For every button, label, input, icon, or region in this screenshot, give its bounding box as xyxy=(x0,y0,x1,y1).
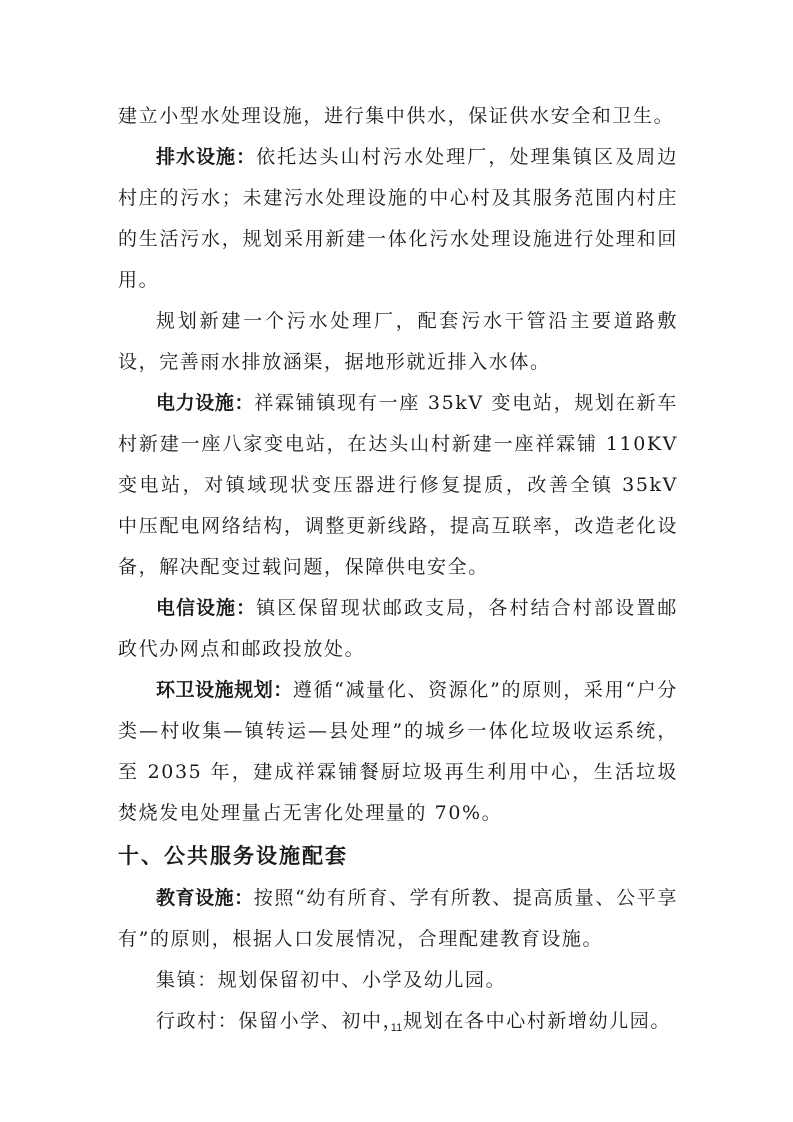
paragraph-text: 规划新建一个污水处理厂，配套污水干管沿主要道路敷设，完善雨水排放涵渠，据地形就近… xyxy=(118,310,678,373)
paragraph-education: 教育设施：按照“幼有所育、学有所教、提高质量、公平享有”的原则，根据人口发展情况… xyxy=(118,878,678,960)
paragraph-lead: 环卫设施规划： xyxy=(156,679,293,701)
page-number: 11 xyxy=(0,1022,793,1034)
paragraph-drainage: 排水设施：依托达头山村污水处理厂，处理集镇区及周边村庄的污水；未建污水处理设施的… xyxy=(118,137,678,301)
section-heading: 十、公共服务设施配套 xyxy=(118,834,678,878)
paragraph-water-supply-continuation: 建立小型水处理设施，进行集中供水，保证供水安全和卫生。 xyxy=(118,96,678,137)
paragraph-text: 祥霖铺镇现有一座 35kV 变电站，规划在新车村新建一座八家变电站，在达头山村新… xyxy=(118,392,678,578)
paragraph-lead: 电信设施： xyxy=(156,597,256,619)
paragraph-text: 建立小型水处理设施，进行集中供水，保证供水安全和卫生。 xyxy=(118,105,674,127)
paragraph-town-schools: 集镇：规划保留初中、小学及幼儿园。 xyxy=(118,960,678,1001)
paragraph-text: 集镇：规划保留初中、小学及幼儿园。 xyxy=(156,969,506,991)
document-page: 建立小型水处理设施，进行集中供水，保证供水安全和卫生。 排水设施：依托达头山村污… xyxy=(118,96,678,1042)
paragraph-sewage-plant: 规划新建一个污水处理厂，配套污水干管沿主要道路敷设，完善雨水排放涵渠，据地形就近… xyxy=(118,301,678,383)
paragraph-lead: 教育设施： xyxy=(156,887,254,909)
paragraph-lead: 电力设施： xyxy=(156,392,254,414)
paragraph-telecom: 电信设施：镇区保留现状邮政支局，各村结合村部设置邮政代办网点和邮政投放处。 xyxy=(118,588,678,670)
paragraph-sanitation: 环卫设施规划：遵循“减量化、资源化”的原则，采用“户分类—村收集—镇转运—县处理… xyxy=(118,670,678,834)
paragraph-power: 电力设施：祥霖铺镇现有一座 35kV 变电站，规划在新车村新建一座八家变电站，在… xyxy=(118,383,678,588)
paragraph-lead: 排水设施： xyxy=(156,146,256,168)
